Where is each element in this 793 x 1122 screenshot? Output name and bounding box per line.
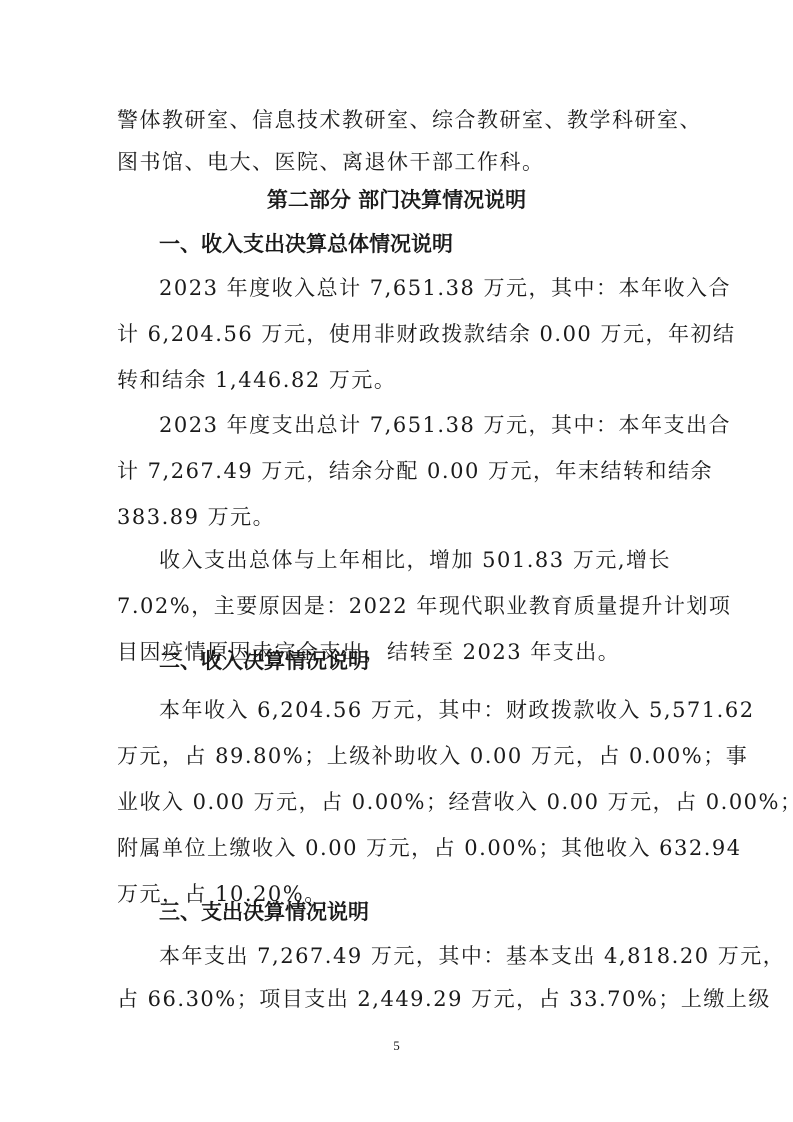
paragraph-line: 本年支出 7,267.49 万元，其中：基本支出 4,818.20 万元， <box>159 940 785 970</box>
section-heading: 一、收入支出决算总体情况说明 <box>159 228 453 258</box>
section-heading: 二、收入决算情况说明 <box>159 645 369 675</box>
paragraph-line: 2023 年度收入总计 7,651.38 万元，其中：本年收入合 <box>159 272 731 302</box>
intro-line: 图书馆、电大、医院、离退休干部工作科。 <box>117 146 545 176</box>
page-number: 5 <box>0 1038 793 1054</box>
paragraph-line: 业收入 0.00 万元，占 0.00%；经营收入 0.00 万元，占 0.00%… <box>117 786 793 816</box>
paragraph-line: 附属单位上缴收入 0.00 万元，占 0.00%；其他收入 632.94 <box>117 832 742 862</box>
paragraph-line: 转和结余 1,446.82 万元。 <box>117 364 396 394</box>
paragraph-line: 7.02%，主要原因是：2022 年现代职业教育质量提升计划项 <box>117 590 731 620</box>
paragraph-line: 计 6,204.56 万元，使用非财政拨款结余 0.00 万元，年初结 <box>117 318 735 348</box>
paragraph-line: 收入支出总体与上年相比，增加 501.83 万元,增长 <box>159 544 671 574</box>
paragraph-line: 计 7,267.49 万元，结余分配 0.00 万元，年末结转和结余 <box>117 455 713 485</box>
section-heading: 三、支出决算情况说明 <box>159 896 369 926</box>
paragraph-line: 万元，占 89.80%；上级补助收入 0.00 万元，占 0.00%；事 <box>117 740 748 770</box>
paragraph-line: 本年收入 6,204.56 万元，其中：财政拨款收入 5,571.62 <box>159 694 755 724</box>
part-title: 第二部分 部门决算情况说明 <box>0 184 793 214</box>
paragraph-line: 2023 年度支出总计 7,651.38 万元，其中：本年支出合 <box>159 409 731 439</box>
paragraph-line: 占 66.30%；项目支出 2,449.29 万元，占 33.70%；上缴上级 <box>117 983 771 1013</box>
intro-line: 警体教研室、信息技术教研室、综合教研室、教学科研室、 <box>117 104 702 134</box>
paragraph-line: 383.89 万元。 <box>117 501 275 531</box>
